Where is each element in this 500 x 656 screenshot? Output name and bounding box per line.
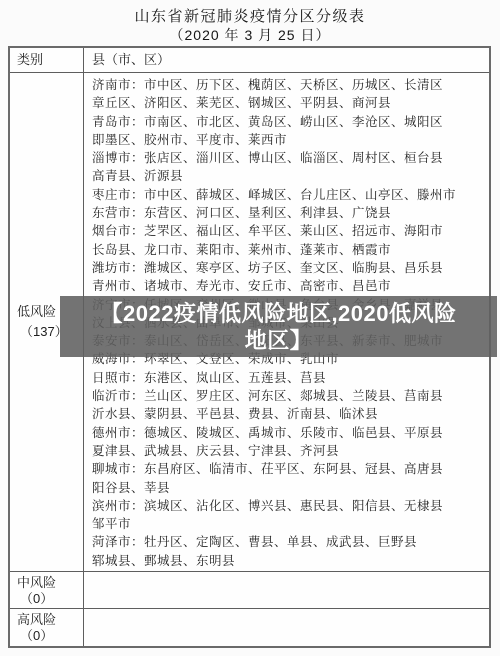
county-line: 青州市、诸城市、寿光市、安丘市、高密市、昌邑市 [92, 277, 489, 295]
county-line: 德州市：德城区、陵城区、禹城市、乐陵市、临邑县、平原县 [92, 424, 489, 442]
county-line: 郓城县、鄄城县、东明县 [92, 552, 489, 570]
risk-row-label-high: 高风险 （0） [10, 609, 84, 646]
county-line: 烟台市：芝罘区、福山区、牟平区、莱山区、招远市、海阳市 [92, 222, 489, 240]
col-header-counties: 县（市、区） [84, 48, 489, 73]
col-header-category: 类别 [10, 48, 84, 73]
county-line: 高青县、沂源县 [92, 167, 489, 185]
county-line: 日照市：东港区、岚山区、五莲县、莒县 [92, 369, 489, 387]
risk-label-high: 高风险 [10, 612, 83, 628]
risk-label-medium: 中风险 [10, 575, 83, 591]
risk-count-high: （0） [10, 628, 83, 644]
county-line: 阳谷县、莘县 [92, 479, 489, 497]
watermark-text-line2: 地区】 [60, 327, 497, 354]
county-line: 枣庄市：市中区、薛城区、峄城区、台儿庄区、山亭区、滕州市 [92, 186, 489, 204]
county-line: 即墨区、胶州市、平度市、莱西市 [92, 131, 489, 149]
county-line: 临沂市：兰山区、罗庄区、河东区、郯城县、兰陵县、莒南县 [92, 387, 489, 405]
county-line: 淄博市：张店区、淄川区、博山区、临淄区、周村区、桓台县 [92, 149, 489, 167]
county-line: 邹平市 [92, 515, 489, 533]
county-line: 菏泽市：牡丹区、定陶区、曹县、单县、成武县、巨野县 [92, 533, 489, 551]
watermark-text-line1: 【2022疫情低风险地区,2020低风险 [60, 300, 497, 327]
county-list-high [84, 609, 489, 646]
risk-row-label-medium: 中风险 （0） [10, 572, 84, 609]
county-line: 长岛县、龙口市、莱阳市、莱州市、蓬莱市、栖霞市 [92, 241, 489, 259]
county-list-medium [84, 572, 489, 609]
county-line: 滨州市：滨城区、沾化区、博兴县、惠民县、阳信县、无棣县 [92, 497, 489, 515]
watermark-overlay: 【2022疫情低风险地区,2020低风险 地区】 [60, 296, 497, 357]
county-line: 沂水县、蒙阴县、平邑县、费县、沂南县、临沭县 [92, 405, 489, 423]
county-line: 夏津县、武城县、庆云县、宁津县、齐河县 [92, 442, 489, 460]
page-title: 山东省新冠肺炎疫情分区分级表 [0, 5, 500, 26]
county-line: 东营市：东营区、河口区、垦利区、利津县、广饶县 [92, 204, 489, 222]
county-line: 聊城市：东昌府区、临清市、茌平区、东阿县、冠县、高唐县 [92, 460, 489, 478]
county-line: 章丘区、济阳区、莱芜区、钢城区、平阴县、商河县 [92, 94, 489, 112]
page: 山东省新冠肺炎疫情分区分级表 （2020 年 3 月 25 日） 类别 县（市、… [0, 0, 500, 656]
risk-count-medium: （0） [10, 591, 83, 607]
page-subtitle: （2020 年 3 月 25 日） [0, 25, 500, 45]
county-line: 济南市：市中区、历下区、槐荫区、天桥区、历城区、长清区 [92, 76, 489, 94]
county-line: 青岛市：市南区、市北区、黄岛区、崂山区、李沧区、城阳区 [92, 113, 489, 131]
county-line: 潍坊市：潍城区、寒亭区、坊子区、奎文区、临朐县、昌乐县 [92, 259, 489, 277]
